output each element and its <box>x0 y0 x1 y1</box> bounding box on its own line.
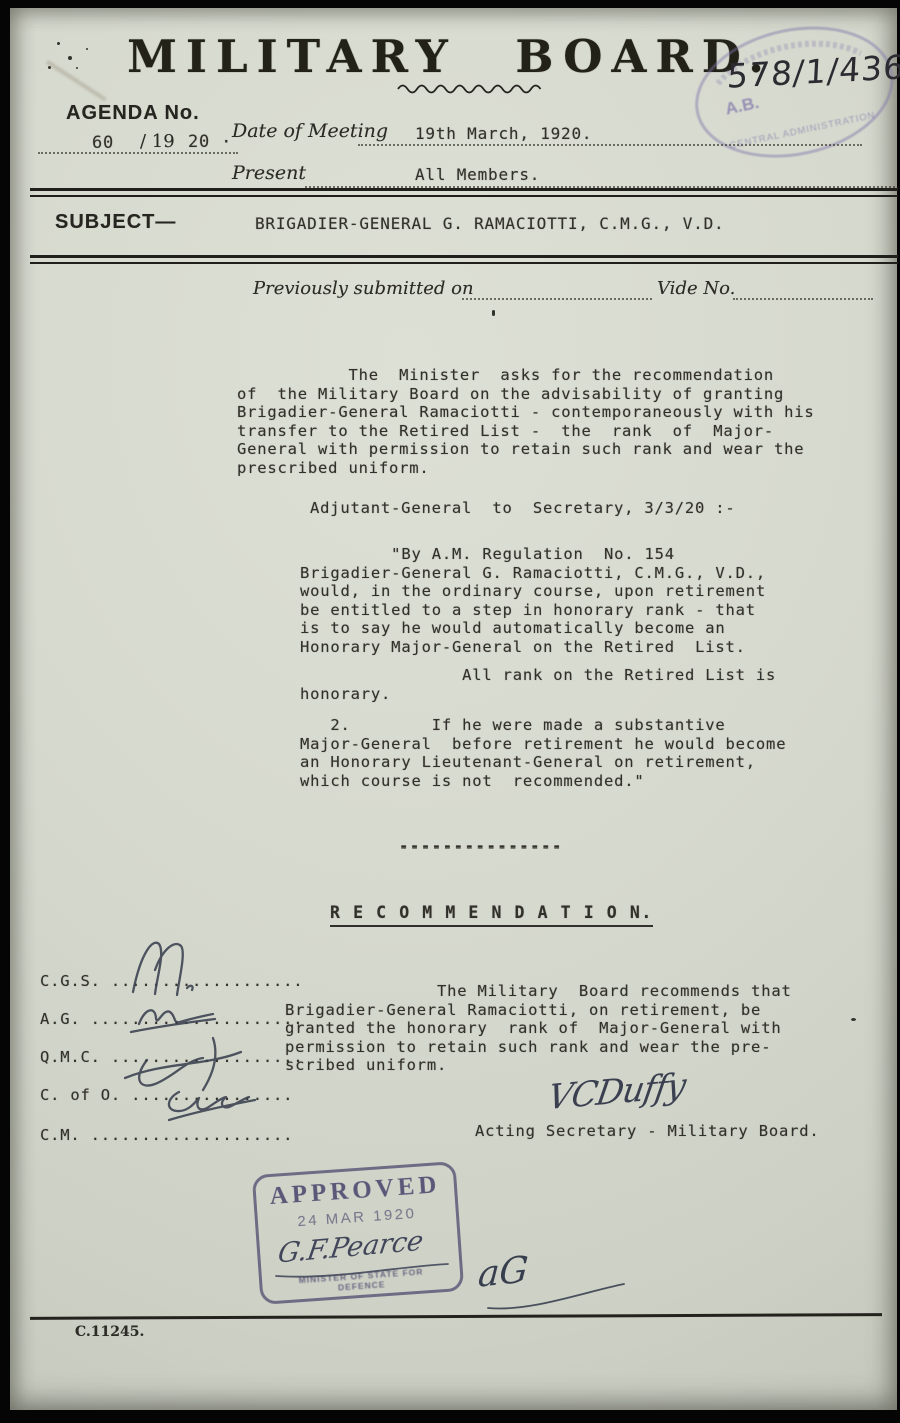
pearce-signature-flourish <box>272 1262 452 1282</box>
recommendation-heading: R E C O M M E N D A T I O N. <box>330 903 653 927</box>
present-value: All Members. <box>415 165 540 184</box>
agenda-number: 60 <box>92 133 114 153</box>
vide-no-label: Vide No. <box>657 278 735 299</box>
previously-submitted-label: Previously submitted on <box>253 278 474 299</box>
dashed-divider: --------------- <box>399 837 563 855</box>
recommendation-paragraph: The Military Board recommends that Briga… <box>285 982 792 1075</box>
scanned-document: MILITARY BOARD. A.B. CENTRAL ADMINISTRAT… <box>0 0 900 1423</box>
ink-speck <box>851 1018 856 1021</box>
stamp-ab-text: A.B. <box>723 93 760 119</box>
form-code: C.11245. <box>75 1324 144 1340</box>
agenda-printed-year: / 19 <box>140 131 175 152</box>
subject-value: BRIGADIER-GENERAL G. RAMACIOTTI, C.M.G.,… <box>255 214 724 233</box>
ink-speck <box>492 310 495 316</box>
date-leader-line <box>358 144 862 146</box>
divider-rule-subject <box>30 255 898 264</box>
date-of-meeting-value: 19th March, 1920. <box>415 124 592 143</box>
quote-paragraph-2: All rank on the Retired List is honorary… <box>300 666 776 703</box>
present-label: Present <box>232 162 306 184</box>
agenda-label: AGENDA No. <box>66 102 200 125</box>
acting-secretary-line: Acting Secretary - Military Board. <box>475 1122 819 1140</box>
date-of-meeting-label: Date of Meeting <box>232 120 388 142</box>
subject-label: SUBJECT— <box>55 211 176 234</box>
quote-paragraph-3: 2. If he were made a substantive Major-G… <box>300 716 786 790</box>
vide-leader-line <box>733 298 873 300</box>
quote-paragraph-1: "By A.M. Regulation No. 154 Brigadier-Ge… <box>300 545 766 657</box>
wavy-underline <box>396 82 548 94</box>
agenda-leader-line <box>38 152 238 154</box>
initials-underline-flourish <box>480 1280 630 1312</box>
agenda-typed-year: 20 · <box>188 132 232 152</box>
divider-rule-top <box>30 188 898 197</box>
previously-leader-line <box>462 298 652 300</box>
adjutant-general-line: Adjutant-General to Secretary, 3/3/20 :- <box>310 499 736 517</box>
handwritten-initials-scrawl <box>95 932 305 1132</box>
minister-paragraph: The Minister asks for the recommendation… <box>237 366 815 478</box>
